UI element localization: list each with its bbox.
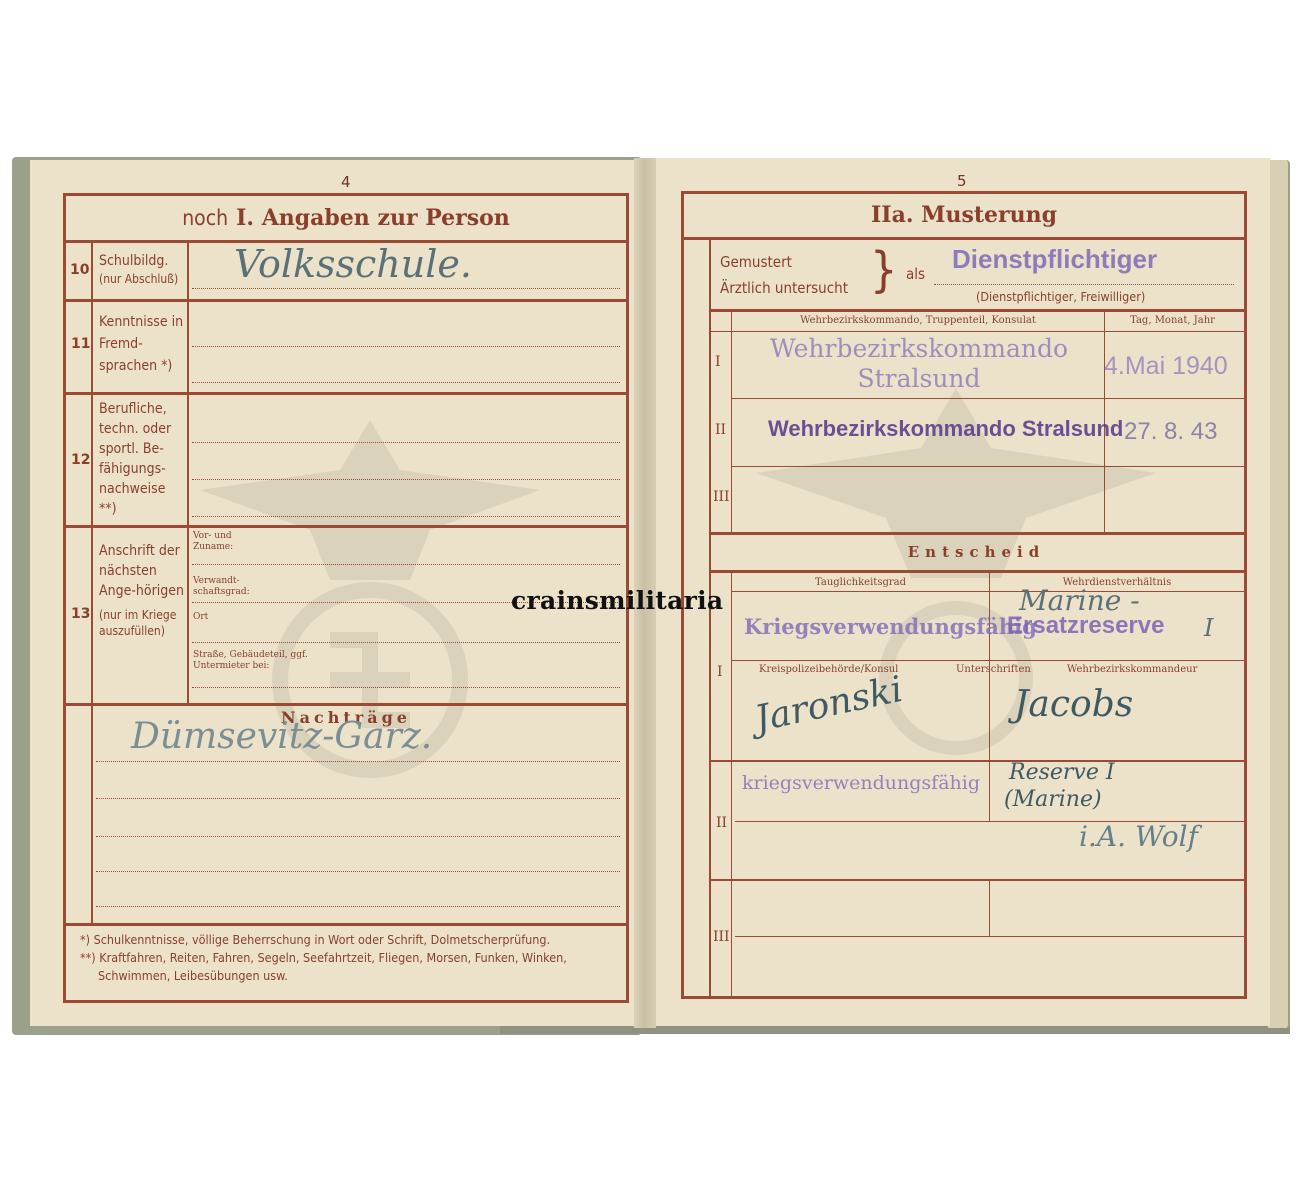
- stamp-dienstpflichtiger: Dienstpflichtiger: [952, 244, 1157, 275]
- row-label: Kenntnisse in Fremd-sprachen *): [99, 311, 187, 377]
- signature-kommandeur: Jacobs: [1014, 684, 1133, 725]
- field-label-place: Ort: [193, 612, 208, 623]
- header-prefix: noch: [182, 208, 228, 228]
- row-roman: III: [713, 929, 730, 945]
- field-label-relation: Verwandt-schaftsgrad:: [193, 576, 253, 598]
- row-roman: I: [717, 664, 723, 680]
- row-roman: III: [713, 489, 730, 505]
- section-header: noch I. Angaben zur Person: [66, 196, 626, 240]
- row-number: 12: [71, 452, 90, 468]
- sig-header-kommandeur: Wehrbezirkskommandeur: [1067, 664, 1197, 675]
- row-number: 13: [71, 606, 90, 622]
- stamp-unit: Wehrbezirkskommando Stralsund: [768, 416, 1123, 442]
- page-number: 4: [341, 173, 351, 191]
- als-label: als: [906, 264, 925, 284]
- page-stack-edge: [1268, 160, 1290, 1028]
- brace-icon: }: [870, 242, 897, 298]
- als-hint: (Dienstpflichtiger, Freiwilliger): [976, 287, 1145, 307]
- stamp-unit: Wehrbezirkskommando Stralsund: [744, 334, 1094, 394]
- footnote-2: **) Kraftfahren, Reiten, Fahren, Segeln,…: [80, 949, 620, 985]
- row-number: 11: [71, 336, 90, 352]
- stamp-verhaeltnis: Ersatzreserve: [1007, 612, 1164, 640]
- stamp-tauglichkeit: kriegsverwendungsfähig: [742, 772, 980, 794]
- page-number: 5: [957, 172, 967, 190]
- signature-police: Jaronski: [751, 669, 906, 740]
- row-number: 10: [70, 262, 89, 278]
- gemustert-labels: Gemustert Ärztlich untersucht: [720, 249, 848, 301]
- col-header-date: Tag, Monat, Jahr: [1105, 315, 1240, 326]
- row-roman: I: [715, 354, 721, 370]
- stamp-date: 27. 8. 43: [1124, 418, 1217, 446]
- handwritten-entry: Volksschule.: [234, 242, 472, 286]
- row-label: Berufliche, techn. oder sportl. Be-fähig…: [99, 399, 185, 519]
- sig-header-unterschriften: Unterschriften: [956, 664, 1031, 675]
- row-roman: II: [716, 815, 727, 831]
- row-label: Anschrift der nächsten Ange-hörigen (nur…: [99, 541, 187, 639]
- col-header-unit: Wehrbezirkskommando, Truppenteil, Konsul…: [732, 315, 1104, 326]
- right-page: 5 IIa. Musterung Gemustert Ärztlich unte…: [656, 158, 1270, 1026]
- stamp-tauglichkeit: Kriegsverwendungsfähig: [744, 614, 1037, 639]
- stamp-date: 4.Mai 1940: [1104, 352, 1228, 381]
- handwritten-verhaeltnis-2: (Marine): [1004, 787, 1102, 812]
- row-roman: II: [715, 422, 726, 438]
- field-label-name: Vor- und Zuname:: [193, 531, 253, 553]
- entscheid-title: Entscheid: [709, 543, 1244, 561]
- signature-kommandeur: i.A. Wolf: [1079, 820, 1198, 853]
- row-label: Schulbildg. (nur Abschluß): [99, 252, 178, 288]
- header-title: I. Angaben zur Person: [236, 205, 510, 231]
- handwritten-suffix: I: [1204, 614, 1213, 642]
- footnote-1: *) Schulkenntnisse, völlige Beherrschung…: [80, 931, 620, 949]
- footnotes: *) Schulkenntnisse, völlige Beherrschung…: [80, 931, 620, 985]
- section-header: IIa. Musterung: [684, 202, 1244, 228]
- form-frame-right: IIa. Musterung Gemustert Ärztlich unters…: [681, 191, 1247, 999]
- handwritten-verhaeltnis: Reserve I: [1009, 760, 1115, 785]
- nachtraege-handwritten: Dümsevitz-Garz.: [131, 716, 432, 757]
- field-label-street: Straße, Gebäudeteil, ggf. Untermieter be…: [193, 650, 313, 672]
- watermark-text: crainsmilitaria: [511, 586, 723, 615]
- col-header-tauglichkeit: Tauglichkeitsgrad: [732, 577, 989, 588]
